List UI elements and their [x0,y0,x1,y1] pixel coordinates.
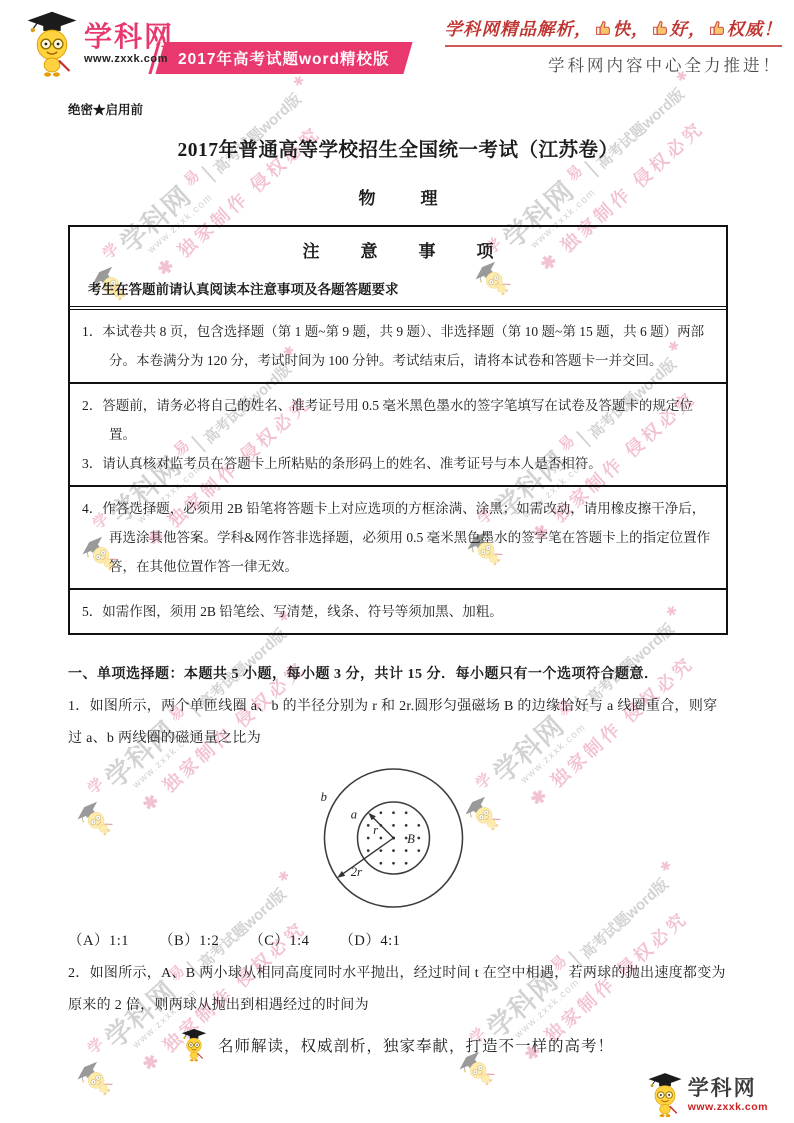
edition-banner: 2017年高考试题word精校版 [155,42,412,74]
notice-item-5: 5．如需作图，须用 2B 铅笔绘、写清楚，线条、符号等须加黑、加粗。 [82,597,718,626]
paper-subject: 物 理 [68,184,728,209]
question-1-text: 1．如图所示，两个单匝线圈 a、b 的半径分别为 r 和 2r.圆形匀强磁场 B… [68,691,728,755]
notice-header: 注 意 事 项 考生在答题前请认真阅读本注意事项及各题答题要求 [70,227,726,310]
header-slogans: 学科网精品解析， 快， 好， 权威！ 学科网内容中心全力推进！ [445,16,783,76]
slogan-word-fast: 快， [613,16,650,41]
mascot-icon [646,1072,684,1118]
classification-label: 绝密★启用前 [68,100,728,118]
slogan-prefix: 学科网精品解析， [445,16,593,41]
site-name: 学科网 [84,23,174,51]
notice-item-1: 1．本试卷共 8 页，包含选择题（第 1 题~第 9 题，共 9 题）、非选择题… [82,317,718,375]
thumbs-up-icon [709,20,725,36]
notice-heading: 注 意 事 项 [88,237,708,262]
thumbs-up-icon [595,20,611,36]
site-name: 学科网 [688,1078,768,1099]
label-field-B: B [407,831,415,845]
mascot-watermark-icon [72,1056,122,1107]
notice-row-1: 1．本试卷共 8 页，包含选择题（第 1 题~第 9 题，共 9 题）、非选择题… [70,310,726,384]
footer-slogan: 名师解读，权威剖析，独家奉献，打造不一样的高考！ [0,1028,794,1062]
slogan-line2: 学科网内容中心全力推进！ [445,52,783,76]
site-url: www.zxxk.com [688,1101,768,1113]
slogan-line1: 学科网精品解析， 快， 好， 权威！ [445,16,783,47]
question-1-options: （A）1:1 （B）1:2 （C）1:4 （D）4:1 [68,929,728,950]
option-d: （D）4:1 [339,929,400,950]
site-logo-footer: 学科网 www.zxxk.com [646,1072,768,1118]
notice-item-4: 4．作答选择题，必须用 2B 铅笔将答题卡上对应选项的方框涂满、涂黑；如需改动，… [82,494,718,581]
radius-2r-arrowhead [337,870,345,877]
slogan-word-good: 好， [670,16,707,41]
site-url: www.zxxk.com [84,53,174,65]
label-inner-coil: a [351,807,357,821]
section-heading: 一、单项选择题：本题共 5 小题，每小题 3 分，共计 15 分．每小题只有一个… [68,663,728,683]
notice-row-4: 5．如需作图，须用 2B 铅笔绘、写清楚，线条、符号等须加黑、加粗。 [70,590,726,633]
exam-paper: 绝密★启用前 2017年普通高等学校招生全国统一考试（江苏卷） 物 理 注 意 … [68,100,728,1022]
option-a: （A）1:1 [68,929,129,950]
question-1-figure: b a r B 2r [306,760,481,921]
radius-2r-arrow [342,838,394,874]
footer-slogan-text: 名师解读，权威剖析，独家奉献，打造不一样的高考！ [218,1034,614,1056]
mascot-icon [24,10,80,78]
edition-banner-text: 2017年高考试题word精校版 [178,47,390,69]
label-inner-radius: r [373,823,378,837]
slogan-word-auth: 权威！ [727,16,783,41]
notice-box: 注 意 事 项 考生在答题前请认真阅读本注意事项及各题答题要求 1．本试卷共 8… [68,225,728,635]
notice-item-2: 2．答题前，请务必将自己的姓名、准考证号用 0.5 毫米黑色墨水的签字笔填写在试… [82,391,718,449]
mascot-icon [180,1028,208,1062]
option-c: （C）1:4 [249,929,309,950]
notice-row-3: 4．作答选择题，必须用 2B 铅笔将答题卡上对应选项的方框涂满、涂黑；如需改动，… [70,487,726,590]
notice-subheading: 考生在答题前请认真阅读本注意事项及各题答题要求 [88,278,708,298]
notice-row-2: 2．答题前，请务必将自己的姓名、准考证号用 0.5 毫米黑色墨水的签字笔填写在试… [70,384,726,487]
label-outer-coil: b [321,790,327,804]
question-2-text: 2．如图所示，A、B 两小球从相同高度同时水平抛出，经过时间 t 在空中相遇，若… [68,958,728,1022]
site-logo-header: 学科网 www.zxxk.com [24,10,174,78]
logo-text: 学科网 www.zxxk.com [84,23,174,65]
notice-item-3: 3．请认真核对监考员在答题卡上所粘贴的条形码上的姓名、准考证号与本人是否相符。 [82,449,718,478]
thumbs-up-icon [652,20,668,36]
watermark-star-icon: ✱ [290,72,309,91]
coils-diagram: b a r B 2r [306,760,481,916]
option-b: （B）1:2 [159,929,219,950]
label-outer-radius: 2r [351,864,362,878]
logo-text: 学科网 www.zxxk.com [688,1078,768,1113]
paper-title: 2017年普通高等学校招生全国统一考试（江苏卷） [68,134,728,162]
